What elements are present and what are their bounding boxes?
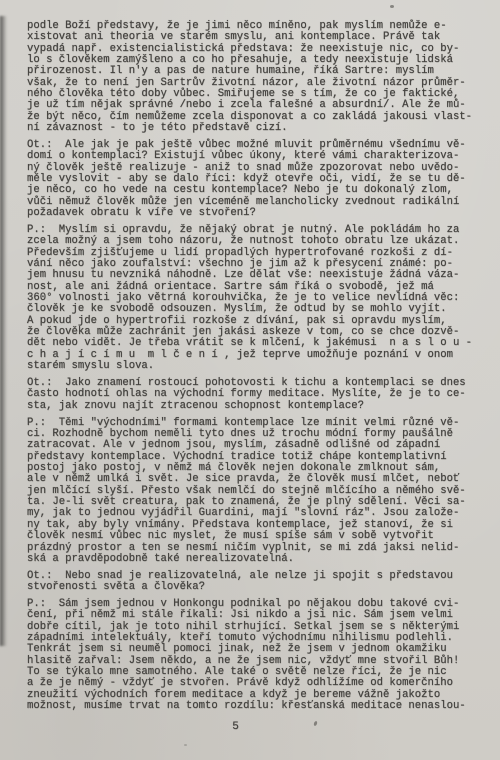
question-paragraph-1: Ot.: Ale jak je pak ještě vůbec možné ml… — [27, 140, 479, 219]
question-paragraph-2: Ot.: Jako znamení rostoucí pohotovosti k… — [27, 378, 479, 412]
scan-speck — [184, 744, 187, 746]
scanned-document-page: podle Boží představy, že je jimi něco mí… — [0, 0, 500, 760]
body-continuation-paragraph: podle Boží představy, že je jimi něco mí… — [27, 21, 479, 134]
scan-speck — [390, 5, 394, 8]
page-number: 5 — [13, 722, 458, 733]
answer-paragraph-2: P.: Těmi "východními" formami kontemplac… — [27, 418, 479, 565]
text-block: podle Boží představy, že je jimi něco mí… — [27, 21, 479, 733]
question-paragraph-3: Ot.: Nebo snad je realizovatelná, ale ne… — [27, 571, 479, 594]
answer-paragraph-1: P.: Myslím si opravdu, že nějaký obrat j… — [27, 225, 479, 372]
answer-paragraph-3: P.: Sám jsem jednou v Honkongu podnikal … — [27, 599, 479, 712]
scan-edge-shadow — [0, 16, 7, 646]
